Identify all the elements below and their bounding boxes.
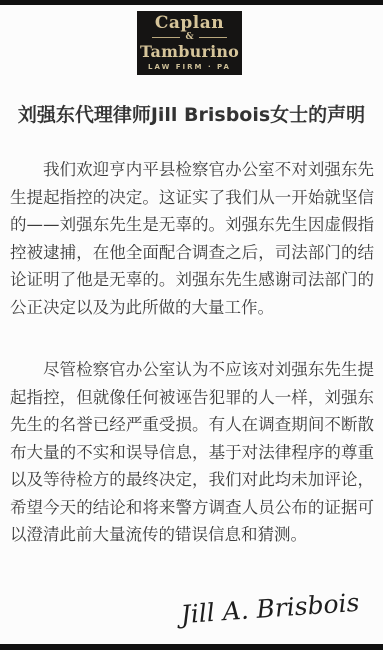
logo-name-tamburino: Tamburino (140, 43, 239, 60)
law-firm-logo: Caplan & Tamburino LAW FIRM · PA (137, 11, 242, 75)
attorney-signature: Jill A. Brisbois (162, 587, 378, 631)
logo-ampersand-row: & (152, 33, 228, 42)
statement-body: 我们欢迎亨内平县检察官办公室不对刘强东先生提起指控的决定。这证实了我们从一开始就… (10, 156, 374, 549)
statement-title: 刘强东代理律师Jill Brisbois女士的声明 (0, 100, 383, 127)
logo-subtitle: LAW FIRM · PA (148, 63, 231, 71)
statement-paragraph-2: 尽管检察官办公室认为不应该对刘强东先生提起指控，但就像任何被诬告犯罪的人一样，刘… (10, 356, 374, 549)
logo-rule-left (152, 37, 181, 38)
logo-ampersand: & (185, 33, 193, 42)
logo-rule-right (199, 37, 228, 38)
statement-paragraph-1: 我们欢迎亨内平县检察官办公室不对刘强东先生提起指控的决定。这证实了我们从一开始就… (10, 156, 374, 321)
bottom-edge-bar (0, 644, 383, 650)
top-edge-bar (0, 0, 383, 5)
logo-name-caplan: Caplan (155, 15, 224, 32)
statement-page: Caplan & Tamburino LAW FIRM · PA 刘强东代理律师… (0, 0, 383, 650)
